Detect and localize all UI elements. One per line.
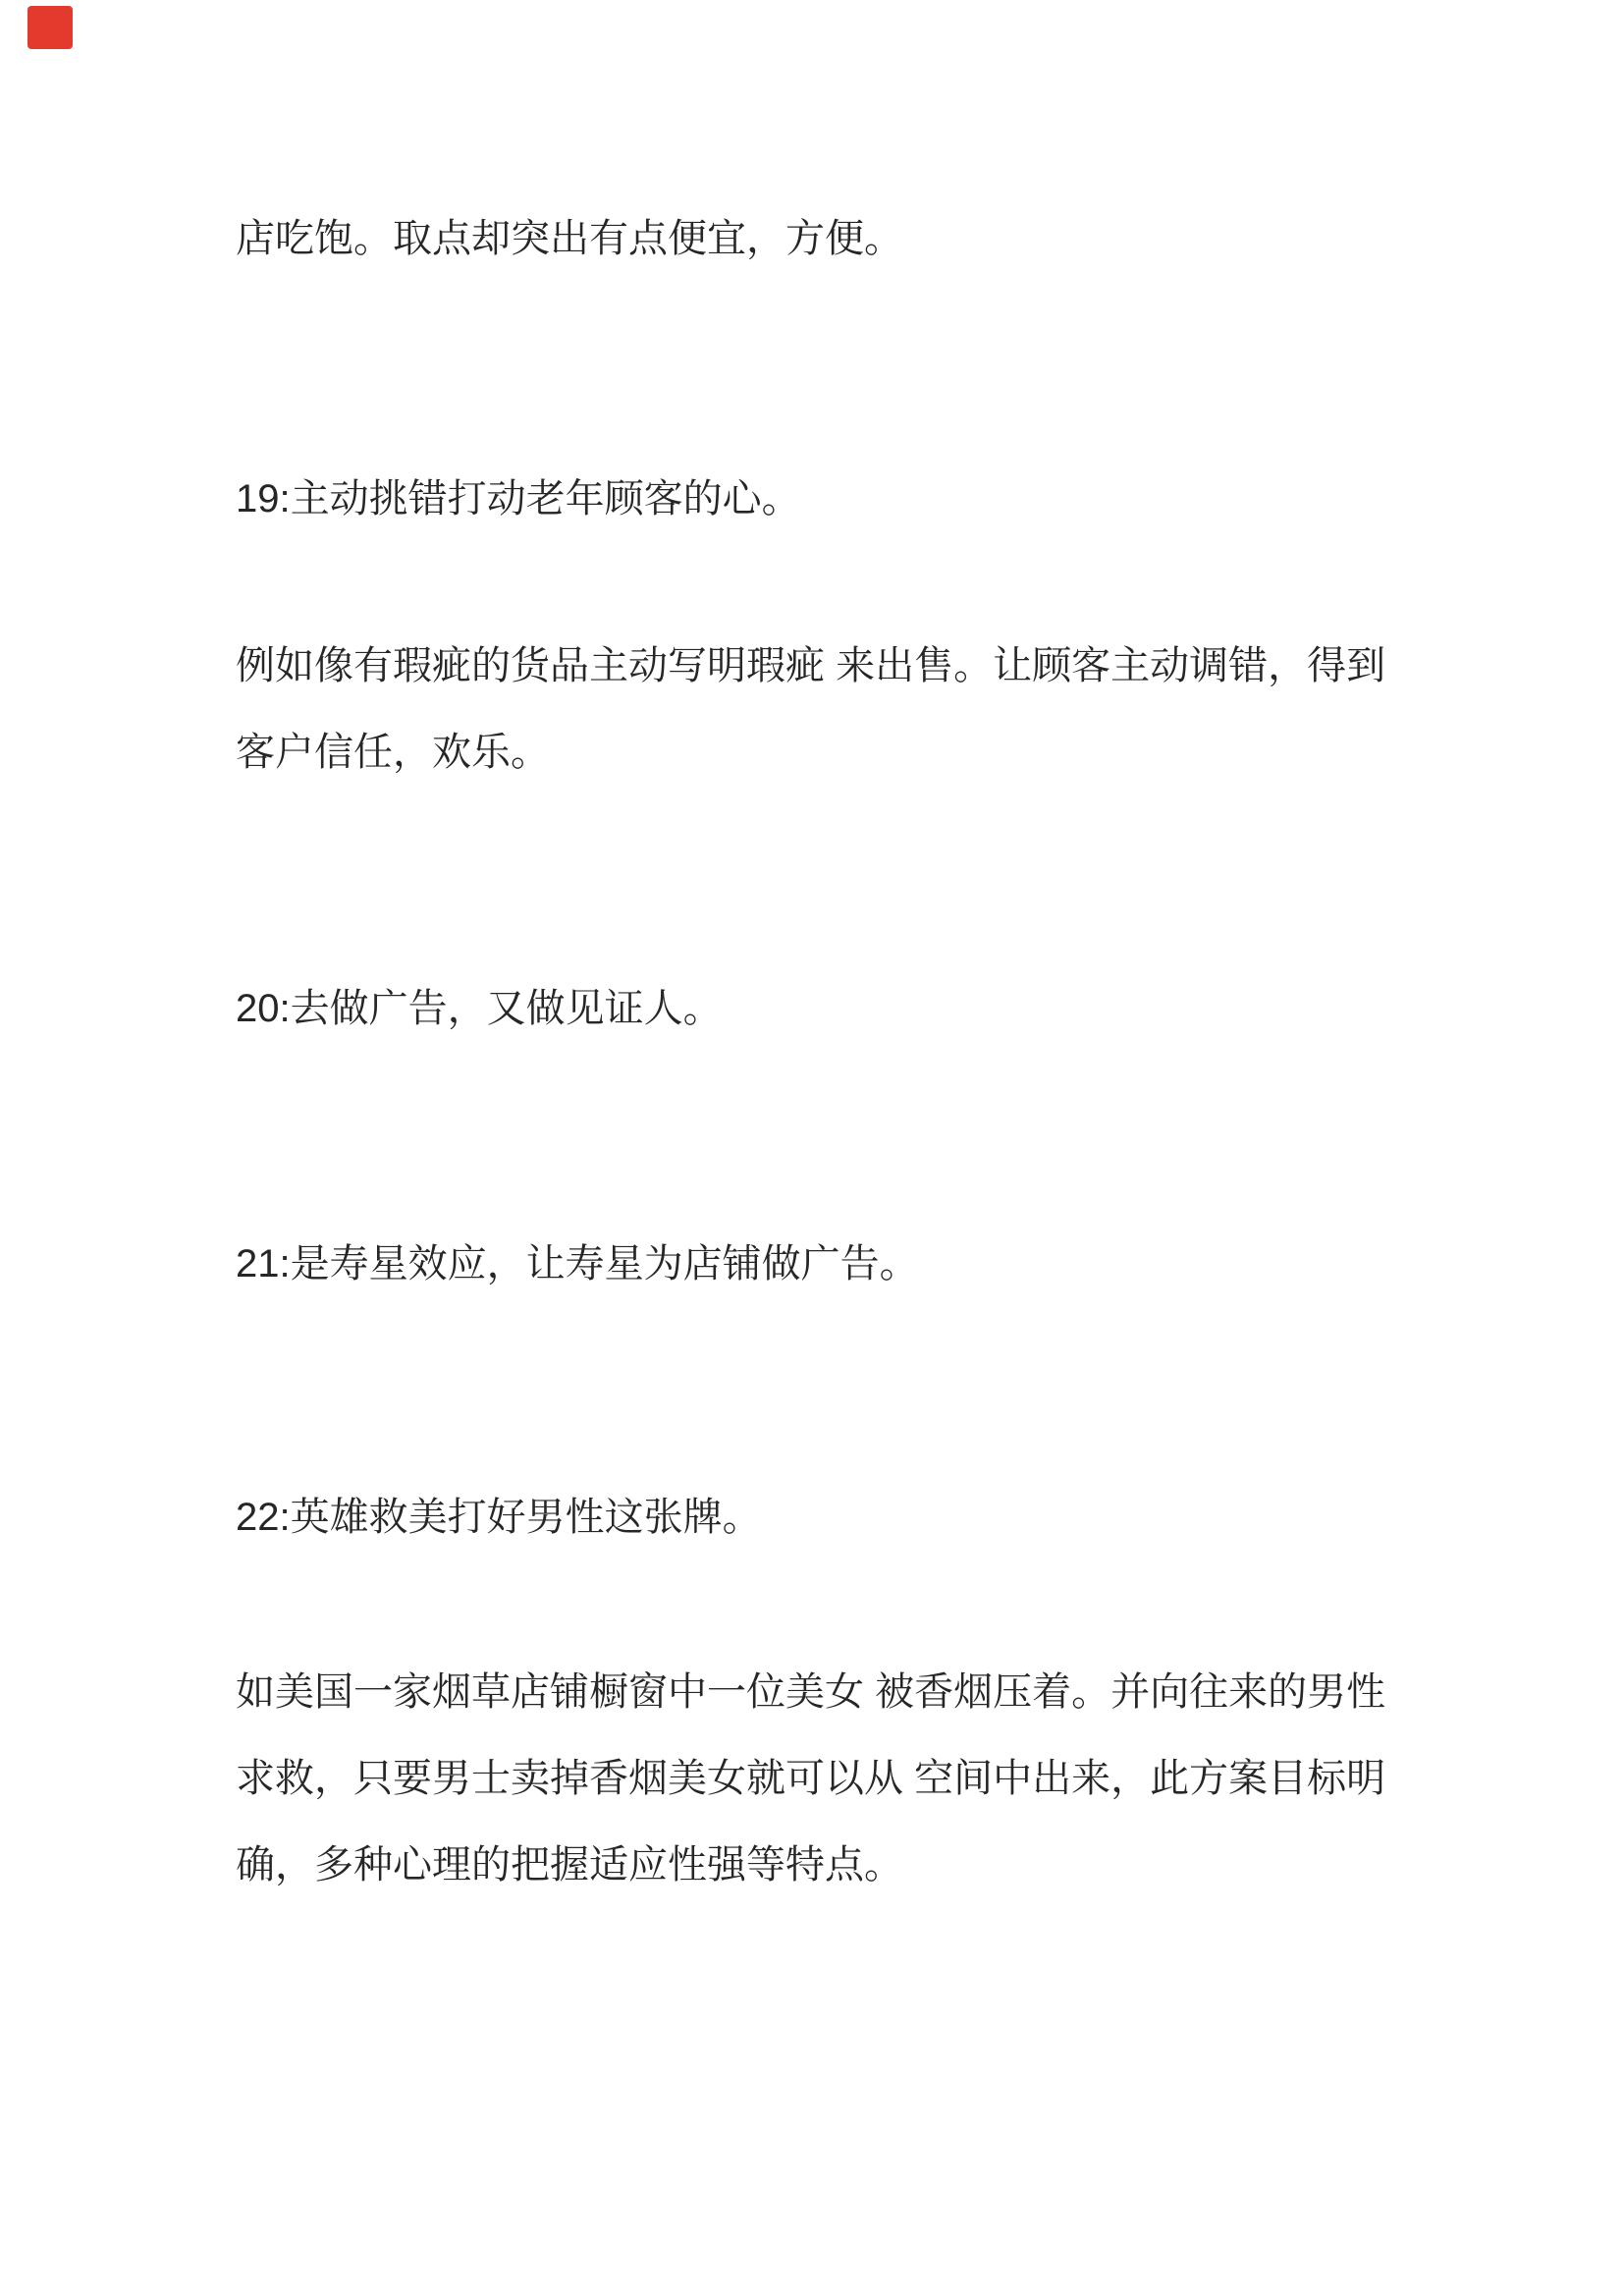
document-page: 店吃饱。取点却突出有点便宜，方便。 19:主动挑错打动老年顾客的心。 例如像有瑕… — [0, 0, 1623, 2296]
document-text-body: 店吃饱。取点却突出有点便宜，方便。 19:主动挑错打动老年顾客的心。 例如像有瑕… — [236, 0, 1404, 1908]
paragraph-item-19-heading: 19:主动挑错打动老年顾客的心。 — [236, 456, 1404, 542]
red-corner-marker — [27, 6, 73, 49]
paragraph-item-20-heading: 20:去做广告，又做见证人。 — [236, 965, 1404, 1052]
paragraph-item-19-body: 例如像有瑕疵的货品主动写明瑕疵 来出售。让顾客主动调错，得到 客户信任，欢乐。 — [236, 623, 1404, 795]
paragraph-intro-tail: 店吃饱。取点却突出有点便宜，方便。 — [236, 195, 1404, 282]
paragraph-item-22-body: 如美国一家烟草店铺橱窗中一位美女 被香烟压着。并向往来的男性 求救，只要男士卖掉… — [236, 1649, 1404, 1908]
paragraph-item-21-heading: 21:是寿星效应，让寿星为店铺做广告。 — [236, 1221, 1404, 1307]
paragraph-item-22-heading: 22:英雄救美打好男性这张牌。 — [236, 1474, 1404, 1560]
